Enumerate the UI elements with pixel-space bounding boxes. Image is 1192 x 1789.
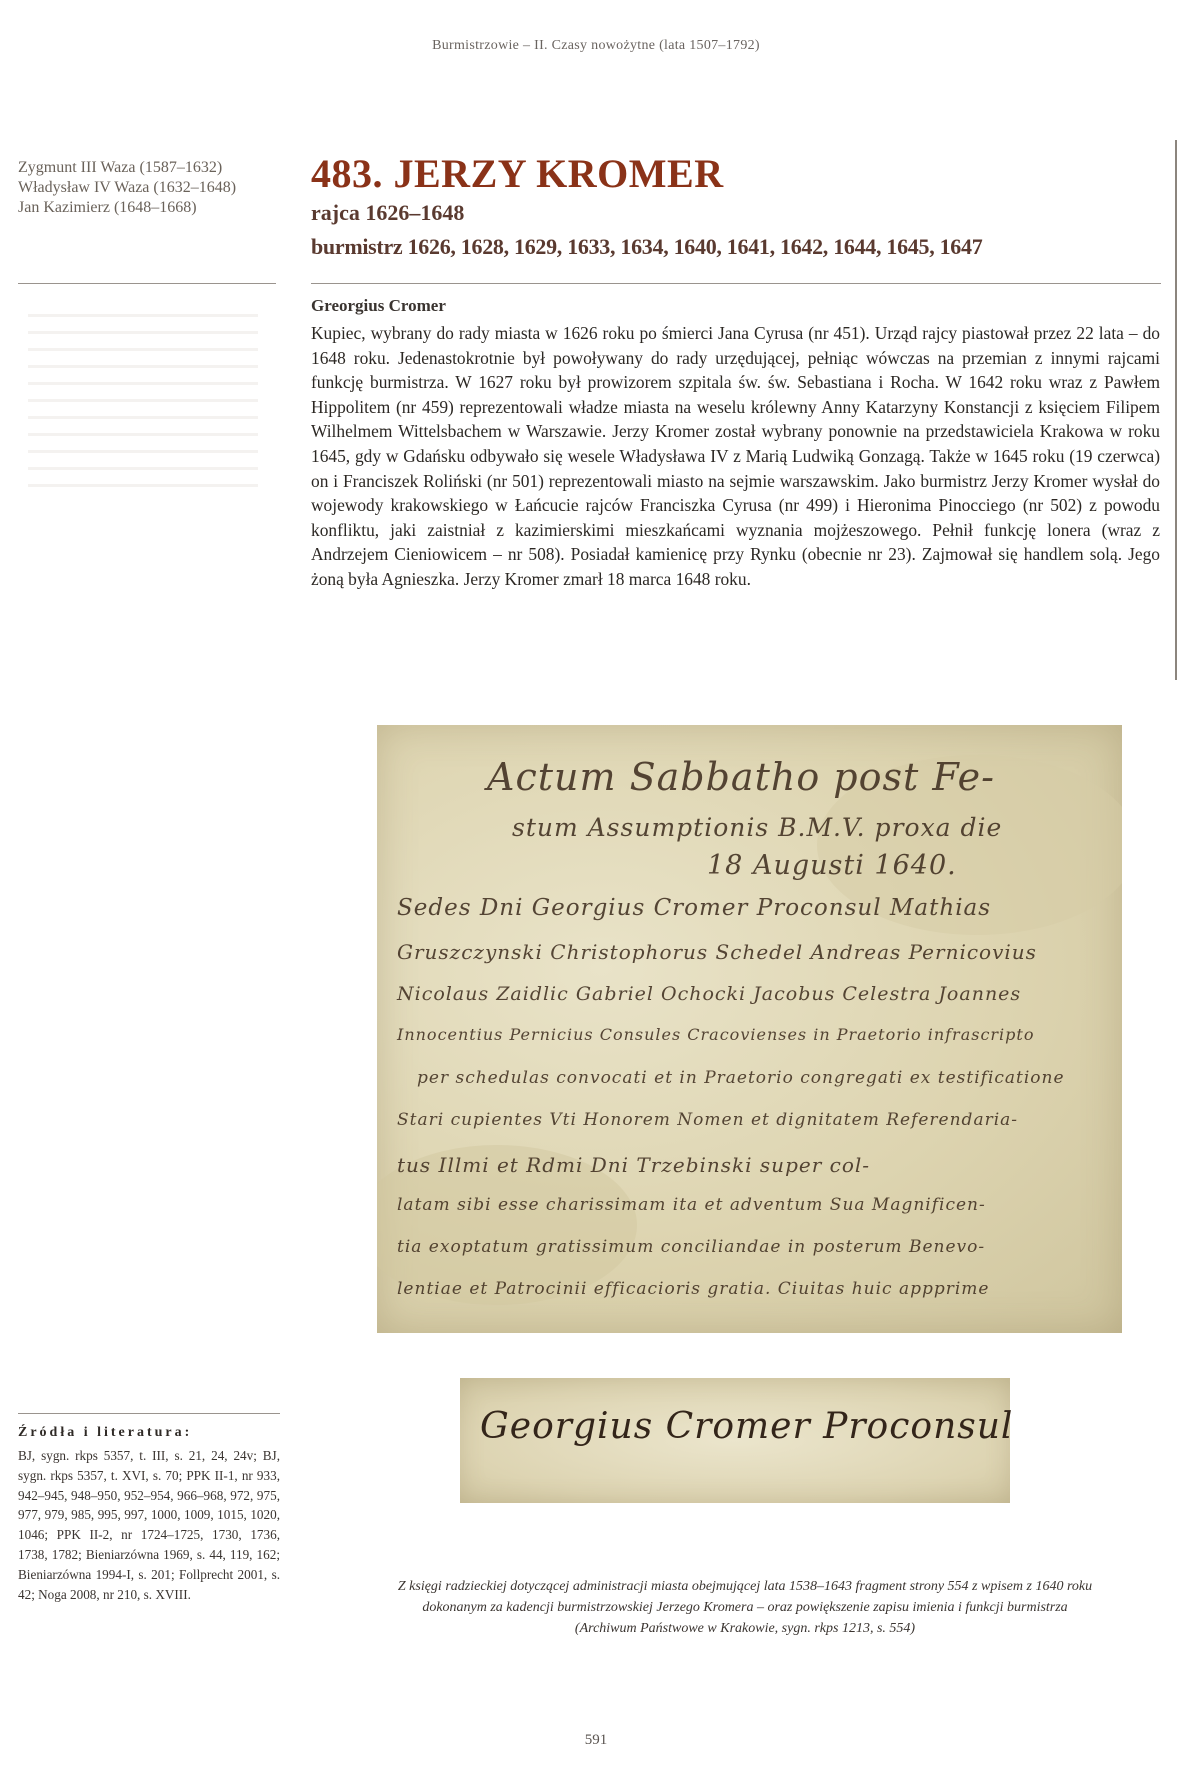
bleed-through-text <box>28 300 258 500</box>
reigns-list: Zygmunt III Waza (1587–1632) Władysław I… <box>18 158 278 218</box>
sources-heading: Źródła i literatura: <box>18 1425 192 1441</box>
caption-line: (Archiwum Państwowe w Krakowie, sygn. rk… <box>320 1618 1170 1639</box>
reign-item: Jan Kazimierz (1648–1668) <box>18 198 278 218</box>
manuscript-image: Actum Sabbatho post Fe- stum Assumptioni… <box>377 725 1122 1333</box>
sidebar-divider <box>18 283 276 284</box>
entry-title: 483. JERZY KROMER <box>311 150 724 197</box>
manuscript-line: lentiae et Patrocinii efficacioris grati… <box>397 1279 990 1299</box>
latin-name: Greorgius Cromer <box>311 296 446 316</box>
manuscript-line: Gruszczynski Christophorus Schedel Andre… <box>397 940 1037 964</box>
entry-rajca-years: rajca 1626–1648 <box>311 200 464 226</box>
margin-rule <box>1175 140 1177 680</box>
signature-enlargement: Georgius Cromer Proconsul <box>460 1378 1010 1503</box>
manuscript-line: tus Illmi et Rdmi Dni Trzebinski super c… <box>397 1153 870 1177</box>
manuscript-line: Innocentius Pernicius Consules Cracovien… <box>397 1025 1034 1044</box>
sources-divider <box>18 1413 280 1414</box>
reign-item: Władysław IV Waza (1632–1648) <box>18 178 278 198</box>
manuscript-line: stum Assumptionis B.M.V. proxa die <box>512 813 1002 842</box>
sources-text: BJ, sygn. rkps 5357, t. III, s. 21, 24, … <box>18 1446 280 1604</box>
manuscript-line: Sedes Dni Georgius Cromer Proconsul Math… <box>397 895 991 921</box>
title-divider <box>311 283 1161 284</box>
manuscript-line: Nicolaus Zaidlic Gabriel Ochocki Jacobus… <box>397 983 1021 1005</box>
manuscript-line: tia exoptatum gratissimum conciliandae i… <box>397 1237 985 1257</box>
manuscript-line: per schedulas convocati et in Praetorio … <box>417 1068 1065 1088</box>
signature-text: Georgius Cromer Proconsul <box>480 1406 1013 1447</box>
caption-line: dokonanym za kadencji burmistrzowskiej J… <box>320 1597 1170 1618</box>
page-number: 591 <box>0 1732 1192 1749</box>
manuscript-line: Actum Sabbatho post Fe- <box>487 755 995 799</box>
manuscript-line: 18 Augusti 1640. <box>707 850 957 881</box>
manuscript-line: Stari cupientes Vti Honorem Nomen et dig… <box>397 1110 1018 1130</box>
caption-line: Z księgi radzieckiej dotyczącej administ… <box>320 1576 1170 1597</box>
manuscript-line: latam sibi esse charissimam ita et adven… <box>397 1195 986 1215</box>
figure-caption: Z księgi radzieckiej dotyczącej administ… <box>320 1576 1170 1639</box>
running-head: Burmistrzowie – II. Czasy nowożytne (lat… <box>0 38 1192 54</box>
biography-text: Kupiec, wybrany do rady miasta w 1626 ro… <box>311 321 1160 592</box>
entry-burmistrz-years: burmistrz 1626, 1628, 1629, 1633, 1634, … <box>311 234 1171 260</box>
reign-item: Zygmunt III Waza (1587–1632) <box>18 158 278 178</box>
